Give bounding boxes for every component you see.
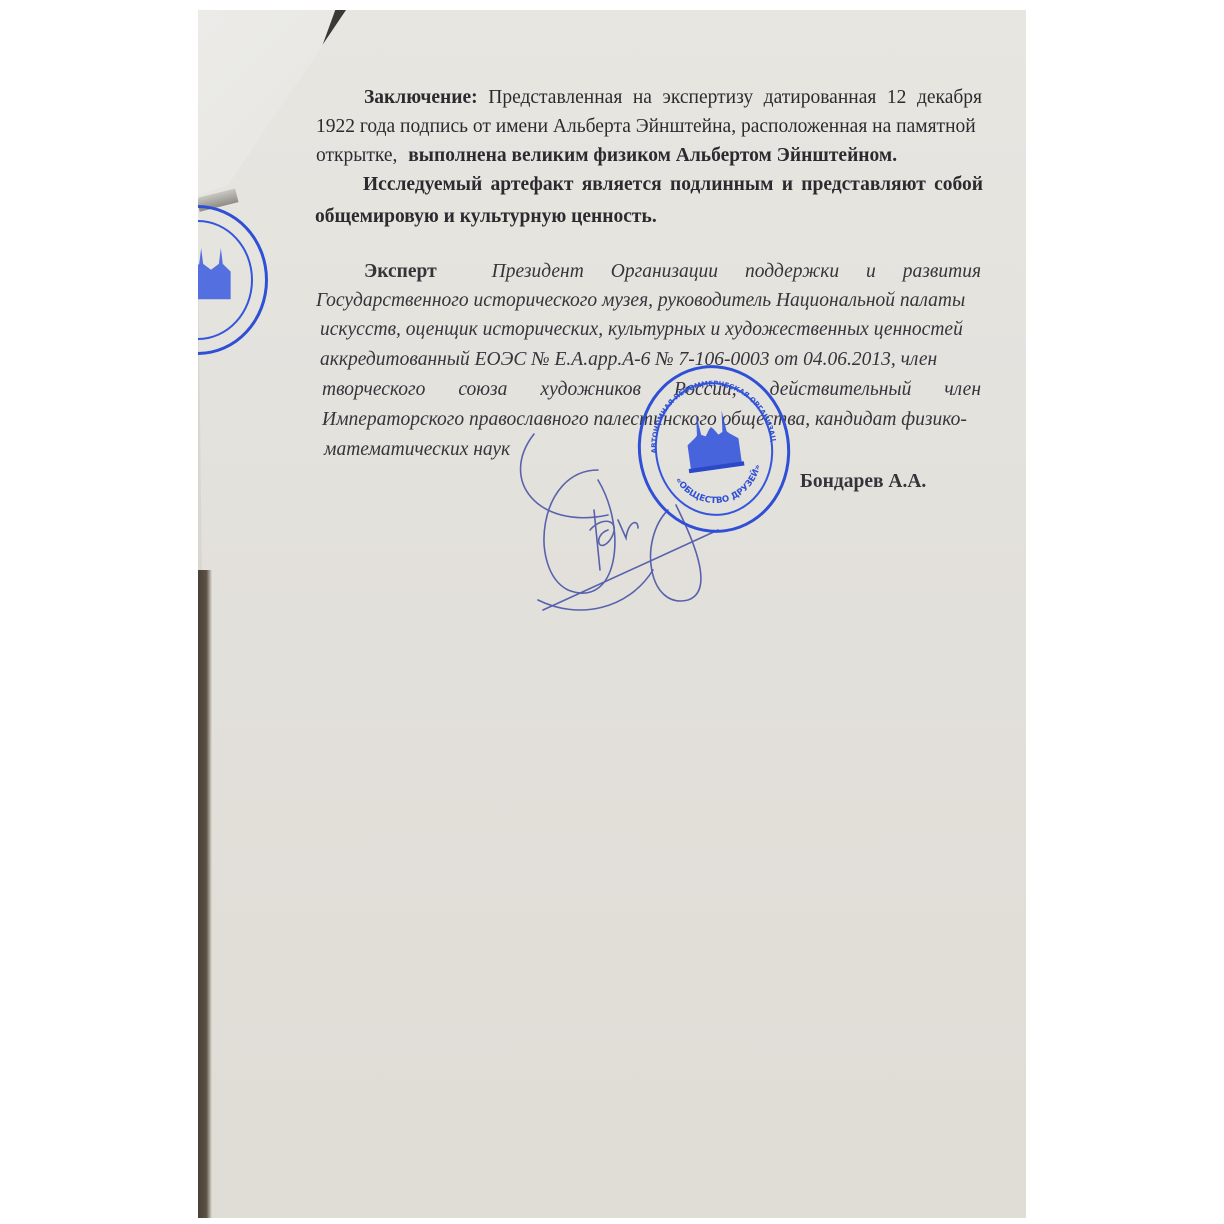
desk-edge-left bbox=[198, 570, 212, 1218]
conclusion-label: Заключение: bbox=[364, 87, 478, 108]
expert-line-3: искусств, оценщик исторических, культурн… bbox=[320, 315, 963, 344]
document-photo: Заключение: Представленная на экспертизу… bbox=[198, 10, 1026, 1218]
conclusion-line-2: 1922 года подпись от имени Альберта Эйнш… bbox=[316, 112, 982, 141]
verdict-line-2: общемировую и культурную ценность. bbox=[315, 202, 657, 231]
conclusion-line-1: Представленная на экспертизу датированна… bbox=[488, 87, 982, 108]
official-stamp: АВТОНОМНАЯ НЕКОММЕРЧЕСКАЯ ОРГАНИЗАЦИЯ ПО… bbox=[627, 355, 801, 543]
svg-text:«ОБЩЕСТВО ДРУЗЕЙ»: «ОБЩЕСТВО ДРУЗЕЙ» bbox=[672, 462, 768, 512]
expert-line-2: Государственного исторического музея, ру… bbox=[316, 286, 965, 315]
stamp-lettering: АВТОНОМНАЯ НЕКОММЕРЧЕСКАЯ ОРГАНИЗАЦИЯ ПО… bbox=[630, 359, 797, 540]
conclusion-line-3: открытке, bbox=[316, 145, 397, 166]
verdict-line-1: Исследуемый артефакт является подлинным … bbox=[363, 170, 983, 199]
expert-line-7: математических наук bbox=[324, 435, 510, 464]
expert-line-4: аккредитованный ЕОЭС № Е.А.арр.А-6 № 7-1… bbox=[320, 345, 937, 374]
expert-label: Эксперт bbox=[364, 261, 437, 282]
church-emblem-icon bbox=[198, 240, 241, 303]
conclusion-bold: выполнена великим физиком Альбертом Эйнш… bbox=[408, 145, 897, 166]
expert-name: Бондарев А.А. bbox=[800, 467, 926, 496]
expert-line-1: Президент Организации поддержки и развит… bbox=[492, 261, 981, 282]
